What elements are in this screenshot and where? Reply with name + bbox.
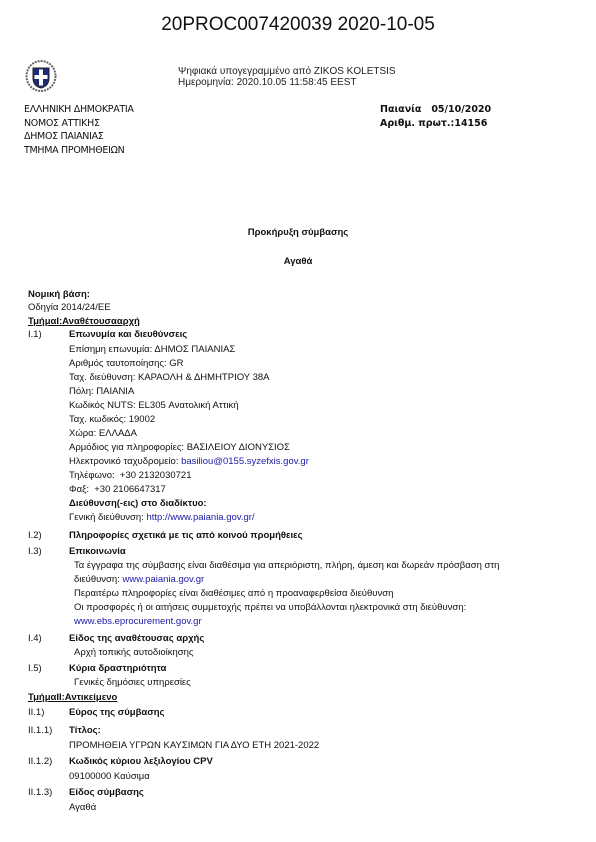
item-title: Κωδικός κύριου λεξιλογίου CPV (69, 756, 213, 767)
notice-subtitle: Αγαθά (0, 256, 596, 267)
documents-address-row: διεύθυνση: www.paiania.gov.gr (74, 574, 204, 585)
item-number: II.1.1) (28, 725, 52, 736)
item-number: I.4) (28, 633, 42, 644)
greek-coat-of-arms-icon (25, 60, 57, 92)
contact-person: Αρμόδιος για πληροφορίες: ΒΑΣΙΛΕΙΟΥ ΔΙΟΝ… (69, 442, 290, 453)
item-value: Γενικές δημόσιες υπηρεσίες (74, 677, 191, 688)
item-number: I.5) (28, 663, 42, 674)
protocol-number: Αριθμ. πρωτ.:14156 (380, 117, 482, 131)
documents-availability: Τα έγγραφα της σύμβασης είναι διαθέσιμα … (74, 560, 499, 571)
documents-link[interactable]: www.paiania.gov.gr (122, 574, 204, 585)
id-number: Αριθμός ταυτοποίησης: GR (69, 358, 184, 369)
contract-title: ΠΡΟΜΗΘΕΙΑ ΥΓΡΩΝ ΚΑΥΣΙΜΩΝ ΓΙΑ ΔΥΟ ΕΤΗ 202… (69, 740, 319, 751)
main-address-link[interactable]: http://www.paiania.gov.gr/ (146, 512, 254, 523)
postal-address: Ταχ. διεύθυνση: ΚΑΡΑΟΛΗ & ΔΗΜΗΤΡΙΟΥ 38Α (69, 372, 270, 383)
official-name: Επίσημη επωνυμία: ΔΗΜΟΣ ΠΑΙΑΝΙΑΣ (69, 344, 235, 355)
item-number: I.2) (28, 530, 42, 541)
contract-type: Αγαθά (69, 802, 96, 813)
item-value: Αρχή τοπικής αυτοδιοίκησης (74, 647, 193, 658)
fax: Φαξ: +30 2106647317 (69, 484, 166, 495)
legal-basis-value: Οδηγία 2014/24/ΕΕ (28, 302, 111, 313)
item-number: II.1.3) (28, 787, 52, 798)
place-date: Παιανία 05/10/2020 (380, 103, 482, 117)
legal-basis-label: Νομική βάση: (28, 289, 90, 300)
place-and-protocol: Παιανία 05/10/2020 Αριθμ. πρωτ.:14156 (380, 103, 482, 130)
section-2-heading: ΤμήμαII:Αντικείμενο (28, 692, 117, 703)
item-title: Κύρια δραστηριότητα (69, 663, 166, 674)
town: Πόλη: ΠΑΙΑΝΙΑ (69, 386, 134, 397)
submission-info: Οι προσφορές ή οι αιτήσεις συμμετοχής πρ… (74, 602, 466, 613)
item-title: Τίτλος: (69, 725, 101, 736)
item-number: II.1.2) (28, 756, 52, 767)
item-title: Εύρος της σύμβασης (69, 707, 164, 718)
phone: Τηλέφωνο: +30 2132030721 (69, 470, 192, 481)
issuing-organization: ΕΛΛΗΝΙΚΗ ΔΗΜΟΚΡΑΤΙΑ ΝΟΜΟΣ ΑΤΤΙΚΗΣ ΔΗΜΟΣ … (24, 103, 134, 157)
submission-link[interactable]: www.ebs.eprocurement.gov.gr (74, 616, 202, 627)
section-1-heading: ΤμήμαI:Αναθέτουσααρχή (28, 316, 140, 327)
item-title: Είδος της αναθέτουσας αρχής (69, 633, 204, 644)
item-number: II.1) (28, 707, 44, 718)
cpv-code: 09100000 Καύσιμα (69, 771, 150, 782)
internet-heading: Διεύθυνση(-εις) στο διαδίκτυο: (69, 498, 207, 509)
further-info: Περαιτέρω πληροφορίες είναι διαθέσιμες α… (74, 588, 393, 599)
item-title: Επικοινωνία (69, 546, 126, 557)
postal-code: Ταχ. κωδικός: 19002 (69, 414, 155, 425)
email-row: Ηλεκτρονικό ταχυδρομείο: basiliou@0155.s… (69, 456, 309, 467)
document-id-header: 20PROC007420039 2020-10-05 (0, 14, 596, 36)
item-number: I.1) (28, 329, 42, 340)
notice-title: Προκήρυξη σύμβασης (0, 227, 596, 238)
email-link[interactable]: basiliou@0155.syzefxis.gov.gr (181, 456, 309, 467)
item-title: Επωνυμία και διευθύνσεις (69, 329, 187, 340)
main-address-row: Γενική διεύθυνση: http://www.paiania.gov… (69, 512, 255, 523)
digital-signature: Ψηφιακά υπογεγραμμένο από ZIKOS KOLETSIS… (178, 66, 396, 88)
item-title: Είδος σύμβασης (69, 787, 144, 798)
country: Χώρα: ΕΛΛΑΔΑ (69, 428, 137, 439)
nuts-code: Κωδικός NUTS: EL305 Ανατολική Αττική (69, 400, 239, 411)
item-title: Πληροφορίες σχετικά με τις από κοινού πρ… (69, 530, 303, 541)
item-number: I.3) (28, 546, 42, 557)
